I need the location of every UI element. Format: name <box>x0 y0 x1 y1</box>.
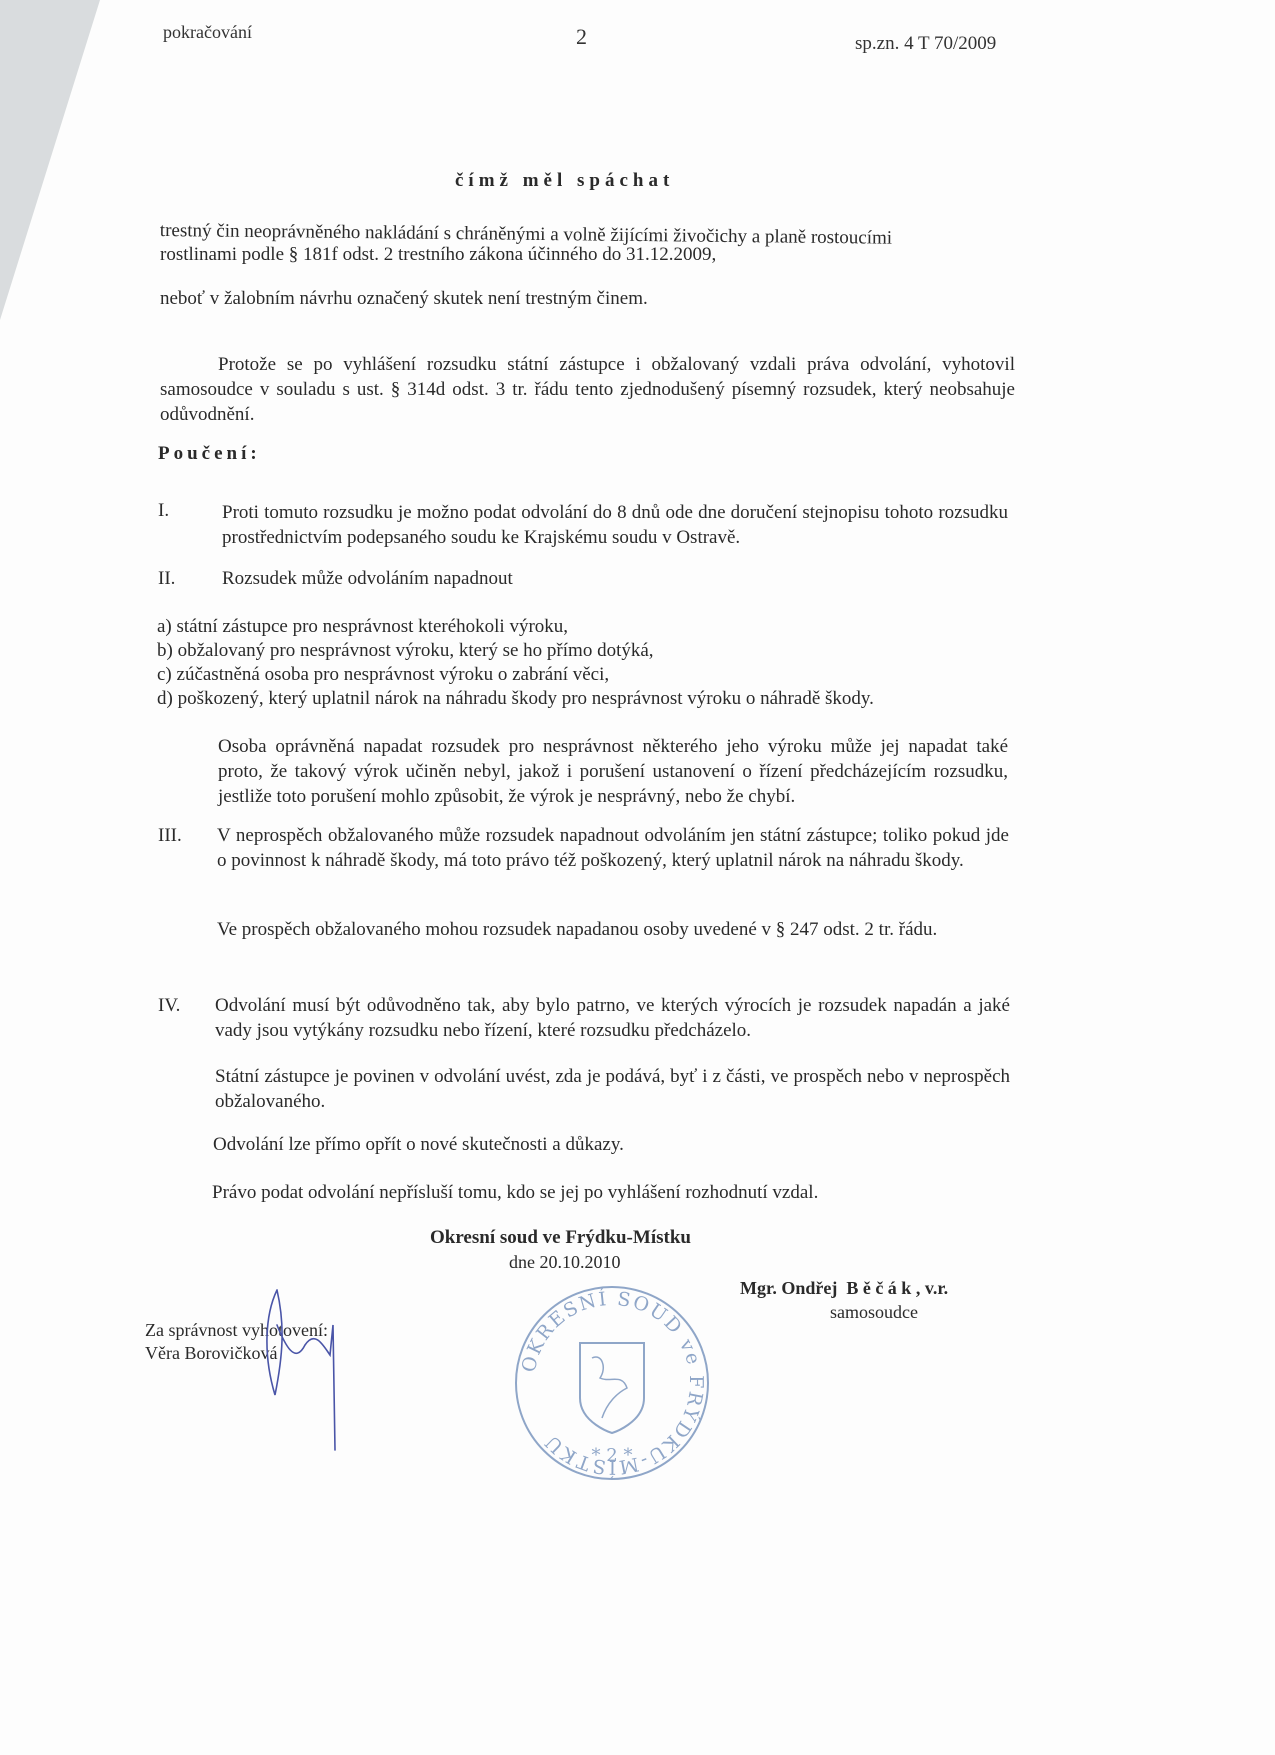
appeal-party-d: d) poškozený, který uplatnil nárok na ná… <box>157 686 874 711</box>
instruction-ii-text: Rozsudek může odvoláním napadnout <box>222 566 513 591</box>
court-name: Okresní soud ve Frýdku-Místku <box>430 1227 691 1249</box>
instruction-i-text: Proti tomuto rozsudku je možno podat odv… <box>222 500 1008 550</box>
instruction-i-numeral: I. <box>158 498 169 523</box>
simplified-judgment-note: Protože se po vyhlášení rozsudku státní … <box>160 352 1015 427</box>
instruction-iii-numeral: III. <box>158 823 182 848</box>
judgment-date: dne 20.10.2010 <box>509 1252 621 1273</box>
appeal-party-a: a) státní zástupce pro nesprávnost které… <box>157 614 568 639</box>
instruction-ii-note: Osoba oprávněná napadat rozsudek pro nes… <box>218 734 1008 809</box>
case-reference: sp.zn. 4 T 70/2009 <box>855 33 996 55</box>
appeal-party-c: c) zúčastněná osoba pro nesprávnost výro… <box>157 662 609 687</box>
section-heading: čímž měl spáchat <box>455 170 674 192</box>
reason-paragraph: neboť v žalobním návrhu označený skutek … <box>160 286 648 311</box>
page-number: 2 <box>576 24 587 50</box>
instruction-iv-note-2: Odvolání lze přímo opřít o nové skutečno… <box>213 1132 624 1157</box>
stamp-number: * 2 * <box>592 1445 633 1466</box>
instruction-heading: Poučení: <box>158 443 261 465</box>
appeal-party-b: b) obžalovaný pro nesprávnost výroku, kt… <box>157 638 654 663</box>
instruction-iv-numeral: IV. <box>158 993 180 1018</box>
instruction-iv-note-3: Právo podat odvolání nepřísluší tomu, kd… <box>212 1180 818 1205</box>
instruction-iii-text: V neprospěch obžalovaného může rozsudek … <box>217 823 1009 873</box>
document-page: pokračování 2 sp.zn. 4 T 70/2009 čímž mě… <box>0 0 1275 1755</box>
judge-name: Mgr. Ondřej B ě č á k , v.r. <box>740 1278 948 1299</box>
court-stamp: OKRESNÍ SOUD ve FRÝDKU-MÍSTKU * 2 * <box>512 1283 712 1483</box>
offense-line-2: rostlinami podle § 181f odst. 2 trestníh… <box>160 242 716 267</box>
instruction-ii-numeral: II. <box>158 566 175 591</box>
instruction-iv-note-1: Státní zástupce je povinen v odvolání uv… <box>215 1064 1010 1114</box>
handwritten-signature <box>255 1285 365 1455</box>
instruction-iii-note: Ve prospěch obžalovaného mohou rozsudek … <box>217 917 1009 942</box>
continuation-label: pokračování <box>163 22 252 43</box>
instruction-iv-text: Odvolání musí být odůvodněno tak, aby by… <box>215 993 1010 1043</box>
judge-role: samosoudce <box>830 1302 918 1323</box>
